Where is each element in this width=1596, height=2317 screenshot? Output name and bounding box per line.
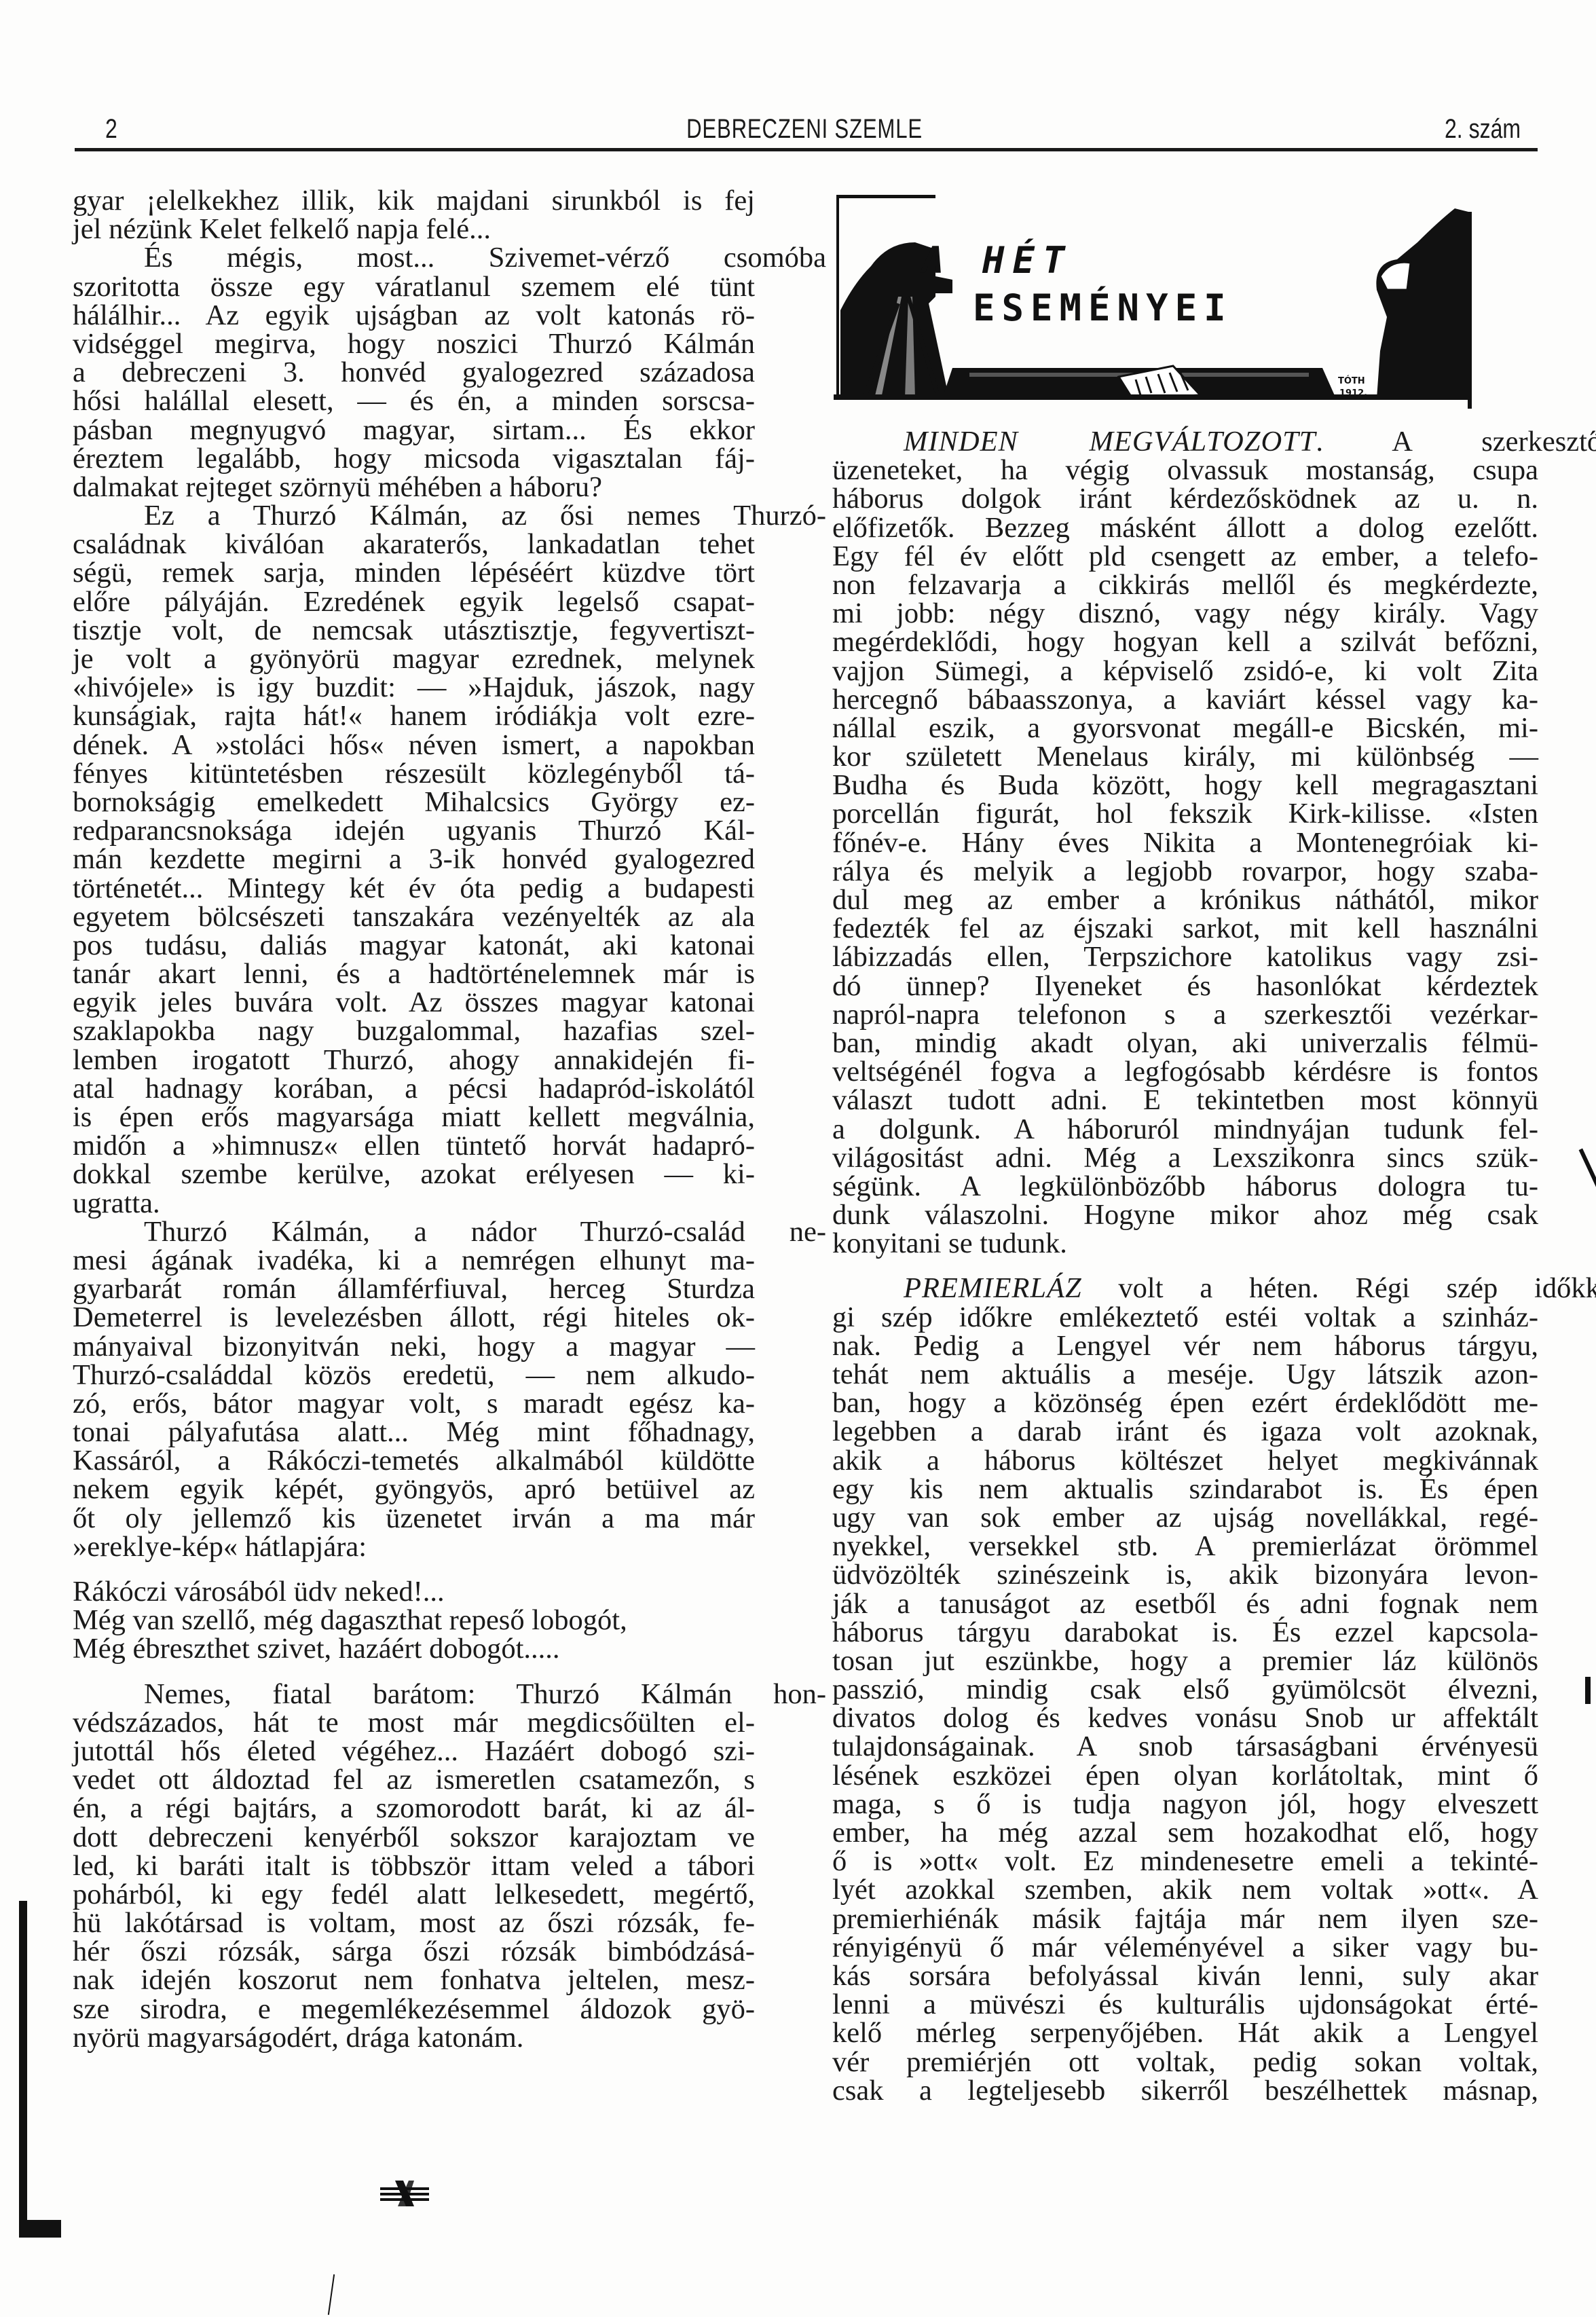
text-line: őt oly jellemző kis üzenetet irván a ma … xyxy=(73,1504,755,1533)
news-item-lead: volt a héten. Régi szép időkk- xyxy=(1082,1272,1596,1304)
text-line: dének. A »stoláci hős« néven ismert, a n… xyxy=(73,731,755,760)
text-line: led, ki baráti italt is többször ittam v… xyxy=(73,1852,755,1880)
text-line: nak idején koszorut nem fonhatva jeltele… xyxy=(73,1966,755,1995)
text-line: pohárból, ki egy fedél alatt lelkesedett… xyxy=(73,1880,755,1909)
frame-right xyxy=(1468,212,1472,409)
text-line: kunságiak, rajta hát!« hanem iródiákja v… xyxy=(73,702,755,730)
text-line: je volt a gyönyörü magyar ezrednek, mely… xyxy=(73,645,755,673)
weekly-events-illustration: TÓTH 1912. A HÉT ESEMÉNYEI xyxy=(834,195,1472,412)
text-line: vidséggel megirva, hogy noszici Thurzó K… xyxy=(73,330,755,358)
text-line: porcellán figurát, hol fekszik Kirk-kili… xyxy=(832,800,1538,828)
text-line: gyar ¡elelkekhez illik, kik majdani siru… xyxy=(73,187,755,215)
scan-edge-bar xyxy=(19,1901,27,2220)
text-line: világositást adni. Még a Lexszikonra sin… xyxy=(832,1144,1538,1172)
text-line: ban, hogy a közönség épen ezért érdeklőd… xyxy=(832,1389,1538,1417)
text-line: tisztje volt, de nemcsak utásztisztje, f… xyxy=(73,616,755,645)
paragraph-gap xyxy=(73,1664,755,1680)
closing-paragraph: Nemes, fiatal barátom: Thurzó Kálmán hon… xyxy=(73,1680,755,2052)
text-line: Nemes, fiatal barátom: Thurzó Kálmán hon… xyxy=(73,1680,826,1709)
text-line: ugratta. xyxy=(73,1189,755,1218)
text-line: Ez a Thurzó Kálmán, az ősi nemes Thurzó- xyxy=(73,502,826,530)
text-line: tanár akart lenni, és a hadtörténelemnek… xyxy=(73,960,755,988)
text-line: Rákóczi városából üdv neked!... xyxy=(73,1578,755,1606)
newspaper-page: 2 DEBRECZENI SZEMLE 2. szám gyar ¡elelke… xyxy=(0,0,1596,2317)
text-line: kelő mérleg serpenyőjében. Hát akik a Le… xyxy=(832,2019,1538,2047)
text-line: mesi ágának ivadéka, ki a nemrégen elhun… xyxy=(73,1246,755,1275)
text-line: pásban megnyugvó magyar, sirtam... És ek… xyxy=(73,416,755,445)
scan-mark xyxy=(1585,1677,1591,1704)
text-line: legebben a darab iránt és igaza volt azo… xyxy=(832,1417,1538,1446)
paragraph: És mégis, most... Szivemet-vérző csomóba… xyxy=(73,244,755,502)
text-line: zó, erős, bátor magyar volt, s maradt eg… xyxy=(73,1390,755,1418)
text-line: rálya és melyik a legjobb rovarpor, hogy… xyxy=(832,857,1538,886)
text-line: ugy van sok ember az ujság novellákkal, … xyxy=(832,1504,1538,1532)
text-line: nak. Pedig a Lengyel vér nem háborus tár… xyxy=(832,1332,1538,1360)
verse-quote: Rákóczi városából üdv neked!...Még van s… xyxy=(73,1578,755,1664)
text-line: védszázados, hát te most már megdicsőült… xyxy=(73,1709,755,1737)
text-line: veltségénél fogva a legfogósabb kérdésre… xyxy=(832,1058,1538,1086)
frame-top xyxy=(837,195,935,198)
news-item-heading: MINDEN MEGVÁLTOZOTT xyxy=(904,426,1316,458)
text-line: tosan jut eszünkbe, hogy a premier láz k… xyxy=(832,1647,1538,1675)
text-line: És mégis, most... Szivemet-vérző csomóba xyxy=(73,244,826,272)
text-line: nyekkel, versekkel stb. A premierlázat ö… xyxy=(832,1532,1538,1561)
page-number: 2 xyxy=(105,114,117,145)
text-line: kor született Menelaus király, mi különb… xyxy=(832,743,1538,771)
text-line: is épen erős magyarsága miatt kellett me… xyxy=(73,1103,755,1132)
text-line: jutottál hős életed végéhez... Hazáért d… xyxy=(73,1737,755,1766)
text-line: Thurzó Kálmán, a nádor Thurzó-család ne- xyxy=(73,1218,826,1246)
text-line: pos tudásu, daliás magyar katonát, aki k… xyxy=(73,931,755,960)
text-line: szoritotta össze egy váratlanul szemem e… xyxy=(73,273,755,301)
paragraph: gyar ¡elelkekhez illik, kik majdani siru… xyxy=(73,187,755,244)
text-line: éreztem legalább, hogy micsoda vigasztal… xyxy=(73,445,755,473)
text-line: én, a régi bajtárs, a szomorodott barát,… xyxy=(73,1794,755,1823)
text-line: ő is »ott« volt. Ez mindenesetre emeli a… xyxy=(832,1847,1538,1876)
text-line: Egy fél év előtt pld csengett az ember, … xyxy=(832,542,1538,571)
news-item: PREMIERLÁZ volt a héten. Régi szép időkk… xyxy=(832,1274,1538,2105)
text-line: családnak kiválóan akaraterős, lankadatl… xyxy=(73,530,755,559)
text-line: «hivójele» is igy buzdit: — »Hajduk, jás… xyxy=(73,673,755,702)
page-header: 2 DEBRECZENI SZEMLE 2. szám xyxy=(75,114,1534,148)
text-line: tulajdonságainak. A snob társaságbani ér… xyxy=(832,1732,1538,1761)
news-item-lead: . A szerkesztői xyxy=(1316,426,1596,458)
text-line: ják a tanuságot az esetből és adni fogna… xyxy=(832,1590,1538,1618)
text-line: háborus dolgok iránt kérdezősködnek az u… xyxy=(832,485,1538,513)
text-line: divatos dolog és kedves vonásu Snob ur a… xyxy=(832,1704,1538,1732)
text-line: vér premiérjén ott voltak, pedig sokan v… xyxy=(832,2048,1538,2077)
text-line: gi szép időkre emlékeztető estéi voltak … xyxy=(832,1303,1538,1332)
text-line: Még van szellő, még dagaszthat repeső lo… xyxy=(73,1606,755,1635)
news-item-first-line: MINDEN MEGVÁLTOZOTT. A szerkesztői xyxy=(832,428,1596,456)
text-line: a dolgunk. A háboruról mindnyájan tudunk… xyxy=(832,1115,1538,1144)
text-line: nyörü magyarságodért, drága katonám. xyxy=(73,2024,755,2052)
scan-mark xyxy=(328,2274,335,2315)
text-line: egyetem bölcsészeti tanszakára vezényelt… xyxy=(73,903,755,931)
text-line: dunk válaszolni. Hogyne mikor ahoz még c… xyxy=(832,1201,1538,1229)
news-item-first-line: PREMIERLÁZ volt a héten. Régi szép időkk… xyxy=(832,1274,1596,1303)
text-line: a debreczeni 3. honvéd gyalogezred száza… xyxy=(73,358,755,387)
text-line: lésének eszközei épen olyan korlátoltak,… xyxy=(832,1762,1538,1790)
text-line: Thurzó-családdal közös eredetü, — nem al… xyxy=(73,1361,755,1390)
text-line: egyik jeles buvára volt. Az összes magya… xyxy=(73,988,755,1017)
text-line: hér őszi rózsák, sárga őszi rózsák bimbó… xyxy=(73,1938,755,1966)
publication-title: DEBRECZENI SZEMLE xyxy=(236,114,1374,145)
text-line: Még ébreszthet szivet, hazáért dobogót..… xyxy=(73,1635,755,1663)
scan-mark xyxy=(1579,1149,1596,1187)
text-line: mi jobb: négy disznó, vagy négy király. … xyxy=(832,599,1538,628)
text-line: dul meg az ember a krónikus náthától, mi… xyxy=(832,886,1538,914)
text-line: premierhiénák másik fajtája már nem ilye… xyxy=(832,1905,1538,1933)
text-line: ségünk. A legkülönbözőbb háborus dologra… xyxy=(832,1172,1538,1201)
text-line: Demeterrel is levelezésben állott, régi … xyxy=(73,1303,755,1332)
paragraph: Thurzó Kálmán, a nádor Thurzó-család ne-… xyxy=(73,1218,755,1561)
text-line: konyitani se tudunk. xyxy=(832,1229,1538,1258)
text-line: redparancsnoksága idején ugyanis Thurzó … xyxy=(73,817,755,845)
text-line: vedet ott áldoztad fel az ismeretlen csa… xyxy=(73,1766,755,1794)
text-line: szaklapokba nagy buzgalommal, hazafias s… xyxy=(73,1017,755,1045)
text-line: atal hadnagy korában, a pécsi hadapród-i… xyxy=(73,1075,755,1103)
text-line: dó ünnep? Ilyeneket és hasonlókat kérdez… xyxy=(832,972,1538,1001)
right-column-weekly-events: MINDEN MEGVÁLTOZOTT. A szerkesztőiüzenet… xyxy=(832,428,1538,2105)
text-line: rényigényü ő már véleményével a siker va… xyxy=(832,1933,1538,1962)
frame-left xyxy=(836,195,839,398)
text-line: akik a háborus költészet helyet megkiván… xyxy=(832,1447,1538,1475)
text-line: sze sirodra, e megemlékezésemmel áldozok… xyxy=(73,1995,755,2024)
text-line: Budha és Buda között, hogy kell megragas… xyxy=(832,771,1538,800)
illustration-heading-line1: A HÉT xyxy=(922,239,1073,282)
text-line: dokkal szembe kerülve, azokat erélyesen … xyxy=(73,1160,755,1189)
text-line: fényes kitüntetésben részesült közlegény… xyxy=(73,760,755,788)
text-line: »ereklye-kép« hátlapjára: xyxy=(73,1533,755,1561)
text-line: lemben irogatott Thurzó, ahogy annakidej… xyxy=(73,1046,755,1075)
text-line: hercegnő bábaasszonya, a kaviárt késsel … xyxy=(832,686,1538,714)
text-line: lyét azokkal szemben, akik nem voltak »o… xyxy=(832,1876,1538,1904)
text-line: ban, mindig akadt olyan, aki univerzalis… xyxy=(832,1029,1538,1058)
text-line: hősi halállal elesett, — és én, a minden… xyxy=(73,387,755,415)
news-item-heading: PREMIERLÁZ xyxy=(904,1272,1082,1304)
text-line: lenni a müvészi és kulturális ujdonságok… xyxy=(832,1990,1538,2019)
scan-edge-foot xyxy=(19,2220,61,2238)
text-line: ember, ha még azzal sem hozakodhat elő, … xyxy=(832,1819,1538,1847)
text-line: fedezték fel az éjszaki sarkot, mit kell… xyxy=(832,914,1538,943)
text-line: nállal eszik, a gyorsvonat megáll-e Bics… xyxy=(832,714,1538,743)
text-line: csak a legteljesebb sikerről beszélhette… xyxy=(832,2077,1538,2105)
text-line: kás sorsára befolyással kiván lenni, sul… xyxy=(832,1962,1538,1990)
text-line: non felzavarja a cikkirás mellől és megk… xyxy=(832,571,1538,599)
text-line: vajjon Sümegi, a képviselő zsidó-e, ki v… xyxy=(832,657,1538,686)
section-end-ornament-icon xyxy=(380,2178,429,2209)
text-line: ségü, remek sarja, minden lépéséért küzd… xyxy=(73,559,755,587)
text-line: főnév-e. Hány éves Nikita a Montenegróia… xyxy=(832,829,1538,857)
text-line: tehát nem aktuális a meséje. Ugy látszik… xyxy=(832,1360,1538,1389)
frame-base xyxy=(834,394,1472,400)
svg-text:TÓTH: TÓTH xyxy=(1338,375,1365,386)
text-line: egy kis nem aktualis szindarabot is. És … xyxy=(832,1475,1538,1504)
text-line: napról-napra telefonon s a szerkesztői v… xyxy=(832,1001,1538,1029)
text-line: üdvözölték szinészeink is, akik bizonyár… xyxy=(832,1561,1538,1589)
text-line: előre pályáján. Ezredének egyik legelső … xyxy=(73,588,755,616)
header-rule xyxy=(75,148,1538,151)
text-line: hálálhir... Az egyik ujságban az volt ka… xyxy=(73,301,755,330)
issue-number: 2. szám xyxy=(1445,114,1521,145)
text-line: történetét... Mintegy két év óta pedig a… xyxy=(73,874,755,903)
paragraph: Ez a Thurzó Kálmán, az ősi nemes Thurzó-… xyxy=(73,502,755,1218)
text-line: választ tudott adni. E tekintetben most … xyxy=(832,1086,1538,1115)
text-line: midőn a »himnusz« ellen tüntető horvát h… xyxy=(73,1132,755,1160)
text-line: maga, s ő is tudja nagyon jól, hogy elve… xyxy=(832,1790,1538,1819)
text-line: előfizetők. Bezzeg másként állott a dolo… xyxy=(832,514,1538,542)
text-line: megérdeklődi, hogy hogyan kell a szilvát… xyxy=(832,628,1538,656)
text-line: hü lakótársad is voltam, most az őszi ró… xyxy=(73,1909,755,1938)
text-line: háborus tárgyu darabokat is. És ezzel ka… xyxy=(832,1618,1538,1647)
text-line: tonai pályafutása alatt... Még mint főha… xyxy=(73,1418,755,1447)
text-line: mán kezdette megirni a 3-ik honvéd gyalo… xyxy=(73,845,755,874)
text-line: Kassáról, a Rákóczi-temetés alkalmából k… xyxy=(73,1447,755,1475)
text-line: lábizzadás ellen, Terpszichore katolikus… xyxy=(832,943,1538,971)
text-line: dalmakat rejteget szörnyü méhében a hábo… xyxy=(73,473,755,502)
left-column-article: gyar ¡elelkekhez illik, kik majdani siru… xyxy=(73,187,755,2052)
news-item: MINDEN MEGVÁLTOZOTT. A szerkesztőiüzenet… xyxy=(832,428,1538,1258)
text-line: üzeneteket, ha végig olvassuk mostanság,… xyxy=(832,456,1538,485)
text-line: jel nézünk Kelet felkelő napja felé... xyxy=(73,215,755,244)
text-line: passzió, mindig csak első gyümölcsöt élv… xyxy=(832,1675,1538,1704)
text-line: mányaival bizonyitván neki, hogy a magya… xyxy=(73,1333,755,1361)
text-line: gyarbarát román államférfiuval, herceg S… xyxy=(73,1275,755,1303)
text-line: bornokságig emelkedett Mihalcsics György… xyxy=(73,788,755,817)
illustration-heading-line2: ESEMÉNYEI xyxy=(973,286,1233,329)
text-line: nekem egyik képét, gyöngyös, apró betüiv… xyxy=(73,1475,755,1504)
text-line: dott debreczeni kenyérből sokszor karajo… xyxy=(73,1823,755,1852)
